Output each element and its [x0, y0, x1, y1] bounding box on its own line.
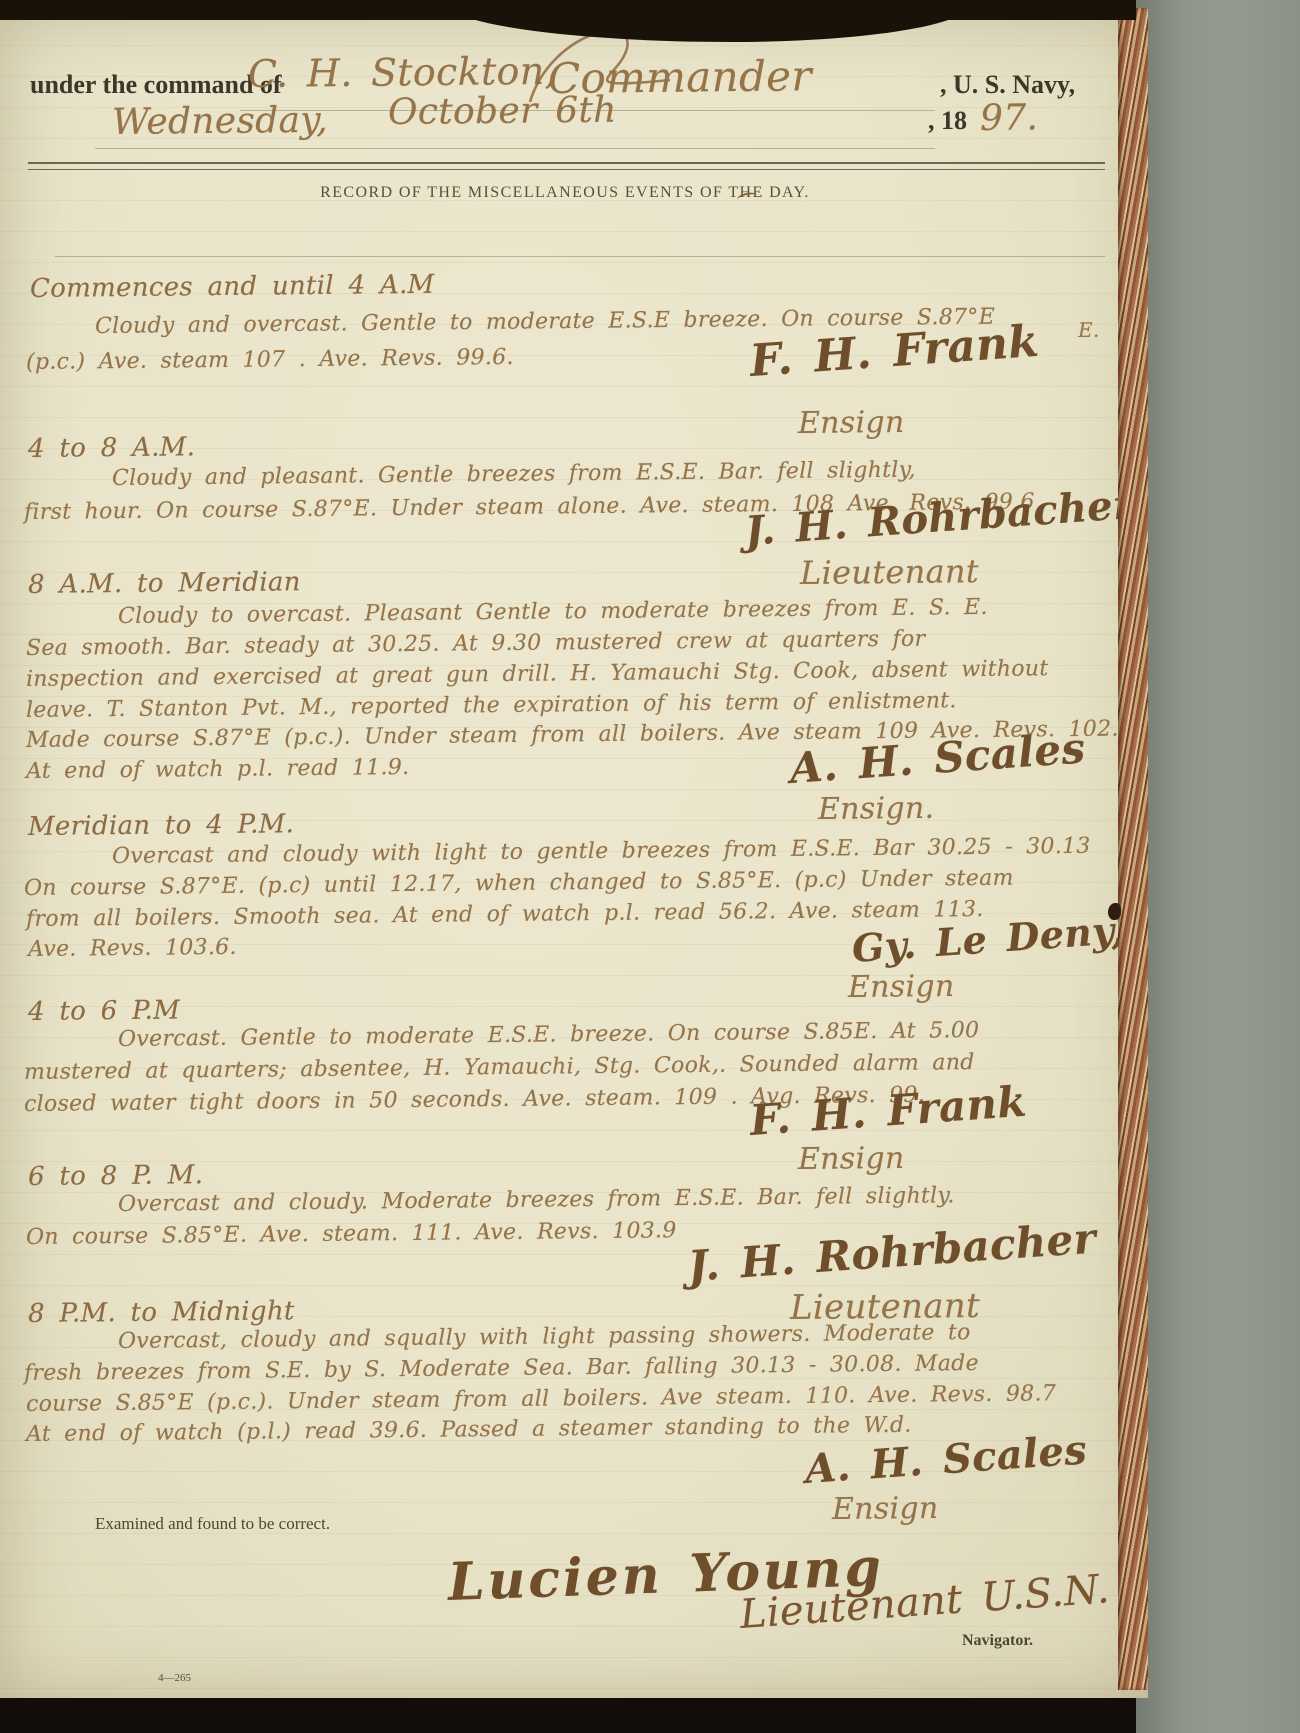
entry-heading: Meridian to 4 P.M. — [28, 809, 294, 842]
entry-line: At end of watch p.l. read 11.9. — [26, 755, 410, 784]
entry-line: fresh breezes from S.E. by S. Moderate S… — [24, 1351, 979, 1386]
double-rule — [28, 162, 1105, 170]
date-handwriting: October 6th — [388, 90, 617, 133]
entry-heading: Commences and until 4 A.M — [30, 270, 435, 304]
examined-statement: Examined and found to be correct. — [95, 1514, 330, 1534]
entry-line: (p.c.) Ave. steam 107 . Ave. Revs. 99.6. — [26, 345, 514, 375]
year-handwriting: 97. — [980, 97, 1039, 139]
navigator-printed-label: Navigator. — [962, 1632, 1033, 1650]
entry-line: Overcast. Gentle to moderate E.S.E. bree… — [118, 1018, 980, 1052]
section-title: RECORD OF THE MISCELLANEOUS EVENTS OF TH… — [150, 184, 980, 202]
entry-line: course S.85°E (p.c.). Under steam from a… — [26, 1381, 1056, 1417]
weekday-handwriting: Wednesday, — [112, 100, 328, 143]
signature-rank: Ensign. — [818, 791, 935, 827]
logbook-page: under the command of C. H. Stockton, Com… — [0, 14, 1148, 1698]
entry-heading: 4 to 6 P.M — [28, 995, 180, 1027]
signature: J. H. Rohrbacher — [686, 1214, 1097, 1291]
signature-rank: Ensign — [798, 405, 905, 441]
signature-rank: Ensign — [832, 1491, 939, 1527]
entry-line: Ave. Revs. 103.6. — [28, 935, 237, 962]
ink-blot — [1108, 903, 1121, 920]
form-number: 4—265 — [158, 1672, 191, 1684]
form-line — [55, 256, 1105, 257]
scanned-logbook-photo: under the command of C. H. Stockton, Com… — [0, 0, 1300, 1733]
entry-heading: 8 P.M. to Midnight — [28, 1296, 295, 1329]
entry-line: leave. T. Stanton Pvt. M., reported the … — [26, 688, 957, 723]
entry-line: inspection and exercised at great gun dr… — [26, 656, 1049, 692]
signature-rank: Lieutenant — [800, 552, 979, 592]
entry-heading: 6 to 8 P. M. — [28, 1160, 204, 1192]
year-prefix-label: , 18 — [928, 106, 967, 136]
entry-heading: 8 A.M. to Meridian — [28, 567, 301, 600]
form-line — [95, 148, 935, 149]
entry-line: Overcast and cloudy. Moderate breezes fr… — [118, 1183, 955, 1217]
signature-rank: Ensign — [848, 969, 955, 1005]
entry-heading: 4 to 8 A.M. — [28, 432, 196, 464]
book-fore-edge — [1118, 8, 1148, 1690]
navy-suffix-label: , U. S. Navy, — [940, 70, 1075, 100]
table-backdrop — [1136, 0, 1300, 1733]
command-prefix-label: under the command of — [30, 70, 282, 100]
entry-line: On course S.87°E. (p.c) until 12.17, whe… — [24, 866, 1014, 901]
margin-note-handwriting: E. — [1078, 318, 1100, 342]
entry-line: Cloudy and pleasant. Gentle breezes from… — [112, 458, 916, 491]
entry-line: At end of watch (p.l.) read 39.6. Passed… — [26, 1413, 912, 1447]
entry-line: Cloudy to overcast. Pleasant Gentle to m… — [118, 595, 988, 629]
signature-rank: Ensign — [798, 1141, 905, 1177]
entry-line: from all boilers. Smooth sea. At end of … — [26, 897, 984, 932]
entry-line: On course S.85°E. Ave. steam. 111. Ave. … — [26, 1218, 677, 1250]
entry-line: mustered at quarters; absentee, H. Yamau… — [24, 1050, 975, 1085]
entry-line: Sea smooth. Bar. steady at 30.25. At 9.3… — [26, 627, 926, 661]
